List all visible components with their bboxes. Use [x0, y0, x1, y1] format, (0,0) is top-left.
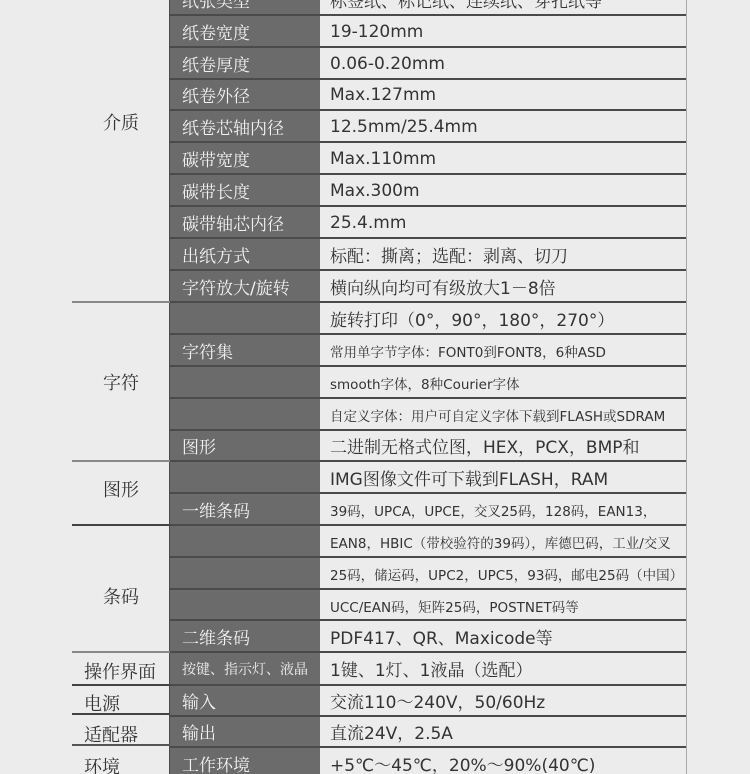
row-divider — [170, 619, 686, 621]
row-label — [170, 590, 320, 621]
row-divider — [170, 78, 686, 80]
category-power: 电源 — [72, 688, 170, 718]
category-divider — [72, 460, 170, 462]
row-divider — [170, 746, 686, 748]
category-barcode: 条码 — [72, 580, 170, 612]
row-divider — [170, 269, 686, 271]
row-label: 纸卷外径 — [170, 79, 320, 110]
table-right-border — [686, 0, 687, 774]
category-graphics: 图形 — [72, 473, 170, 505]
row-value: 旋转打印（0°，90°，180°，270°） — [320, 303, 686, 334]
row-divider — [170, 173, 686, 175]
row-divider — [170, 333, 686, 335]
row-label: 纸张类型 — [170, 0, 320, 15]
spec-table: 纸张类型 标签纸、标记纸、连续纸、穿孔纸等 纸卷宽度 19-120mm 纸卷厚度… — [0, 0, 750, 774]
row-label: 碳带长度 — [170, 175, 320, 206]
row-divider — [170, 715, 686, 717]
row-value: 0.06-0.20mm — [320, 48, 686, 79]
row-value: 标签纸、标记纸、连续纸、穿孔纸等 — [320, 0, 686, 15]
row-divider — [170, 365, 686, 367]
row-label — [170, 462, 320, 493]
row-label: 字符集 — [170, 335, 320, 366]
category-adapter: 适配器 — [72, 719, 170, 749]
row-divider — [170, 492, 686, 494]
row-divider — [170, 429, 686, 431]
row-label — [170, 367, 320, 398]
row-divider — [170, 46, 686, 48]
row-value: 交流110～240V，50/60Hz — [320, 685, 686, 716]
row-divider — [170, 556, 686, 558]
row-value: EAN8，HBIC（带校验符的39码），库德巴码，工业/交叉 — [320, 526, 686, 557]
row-value: PDF417、QR、Maxicode等 — [320, 621, 686, 652]
row-value: IMG图像文件可下载到FLASH，RAM — [320, 462, 686, 493]
row-divider — [170, 237, 686, 239]
row-label: 纸卷宽度 — [170, 16, 320, 47]
row-divider — [170, 651, 686, 653]
row-value: 标配：撕离；选配：剥离、切刀 — [320, 239, 686, 270]
row-value: Max.300m — [320, 175, 686, 206]
row-divider — [170, 301, 686, 303]
row-divider — [170, 109, 686, 111]
category-divider — [72, 524, 170, 526]
row-value: 12.5mm/25.4mm — [320, 111, 686, 142]
category-operation-interface: 操作界面 — [72, 656, 170, 686]
row-label — [170, 399, 320, 430]
row-value: 25码，储运码，UPC2，UPC5，93码，邮电25码（中国） — [320, 558, 686, 589]
row-label: 工作环境 — [170, 748, 320, 774]
row-value: 常用单字节字体：FONT0到FONT8，6种ASD — [320, 335, 686, 366]
row-label: 纸卷厚度 — [170, 48, 320, 79]
row-divider — [170, 684, 686, 686]
row-value: +5℃～45℃，20%～90%(40℃) — [320, 748, 686, 774]
row-value: Max.127mm — [320, 79, 686, 110]
row-value: 1键、1灯、1液晶（选配） — [320, 653, 686, 684]
row-divider — [170, 205, 686, 207]
row-divider — [170, 397, 686, 399]
row-divider — [170, 588, 686, 590]
row-value: 自定义字体：用户可自定义字体下载到FLASH或SDRAM — [320, 399, 686, 430]
row-label: 碳带宽度 — [170, 143, 320, 174]
row-label — [170, 526, 320, 557]
row-divider — [170, 141, 686, 143]
row-label: 按键、指示灯、液晶 — [170, 653, 320, 684]
row-value: 19-120mm — [320, 16, 686, 47]
row-label — [170, 558, 320, 589]
category-divider — [72, 301, 170, 303]
row-value: UCC/EAN码，矩阵25码，POSTNET码等 — [320, 590, 686, 621]
category-divider — [72, 651, 170, 653]
category-media: 介质 — [72, 106, 170, 138]
category-environment: 环境 — [72, 751, 170, 774]
row-value: 二进制无格式位图，HEX，PCX，BMP和 — [320, 430, 686, 461]
row-divider — [170, 460, 686, 462]
row-label: 字符放大/旋转 — [170, 271, 320, 302]
row-label: 输入 — [170, 685, 320, 716]
row-divider — [170, 524, 686, 526]
row-value: 39码，UPCA，UPCE，交叉25码，128码，EAN13， — [320, 494, 686, 525]
row-value: 横向纵向均可有级放大1－8倍 — [320, 271, 686, 302]
row-value: 直流24V，2.5A — [320, 716, 686, 747]
row-value: Max.110mm — [320, 143, 686, 174]
row-divider — [170, 14, 686, 16]
row-label: 图形 — [170, 430, 320, 461]
category-characters: 字符 — [72, 366, 170, 398]
row-label: 碳带轴芯内径 — [170, 207, 320, 238]
row-value: 25.4.mm — [320, 207, 686, 238]
row-label: 一维条码 — [170, 494, 320, 525]
row-label — [170, 303, 320, 334]
row-label: 出纸方式 — [170, 239, 320, 270]
row-label: 二维条码 — [170, 621, 320, 652]
row-label: 纸卷芯轴内径 — [170, 111, 320, 142]
row-label: 输出 — [170, 716, 320, 747]
row-value: smooth字体，8种Courier字体 — [320, 367, 686, 398]
